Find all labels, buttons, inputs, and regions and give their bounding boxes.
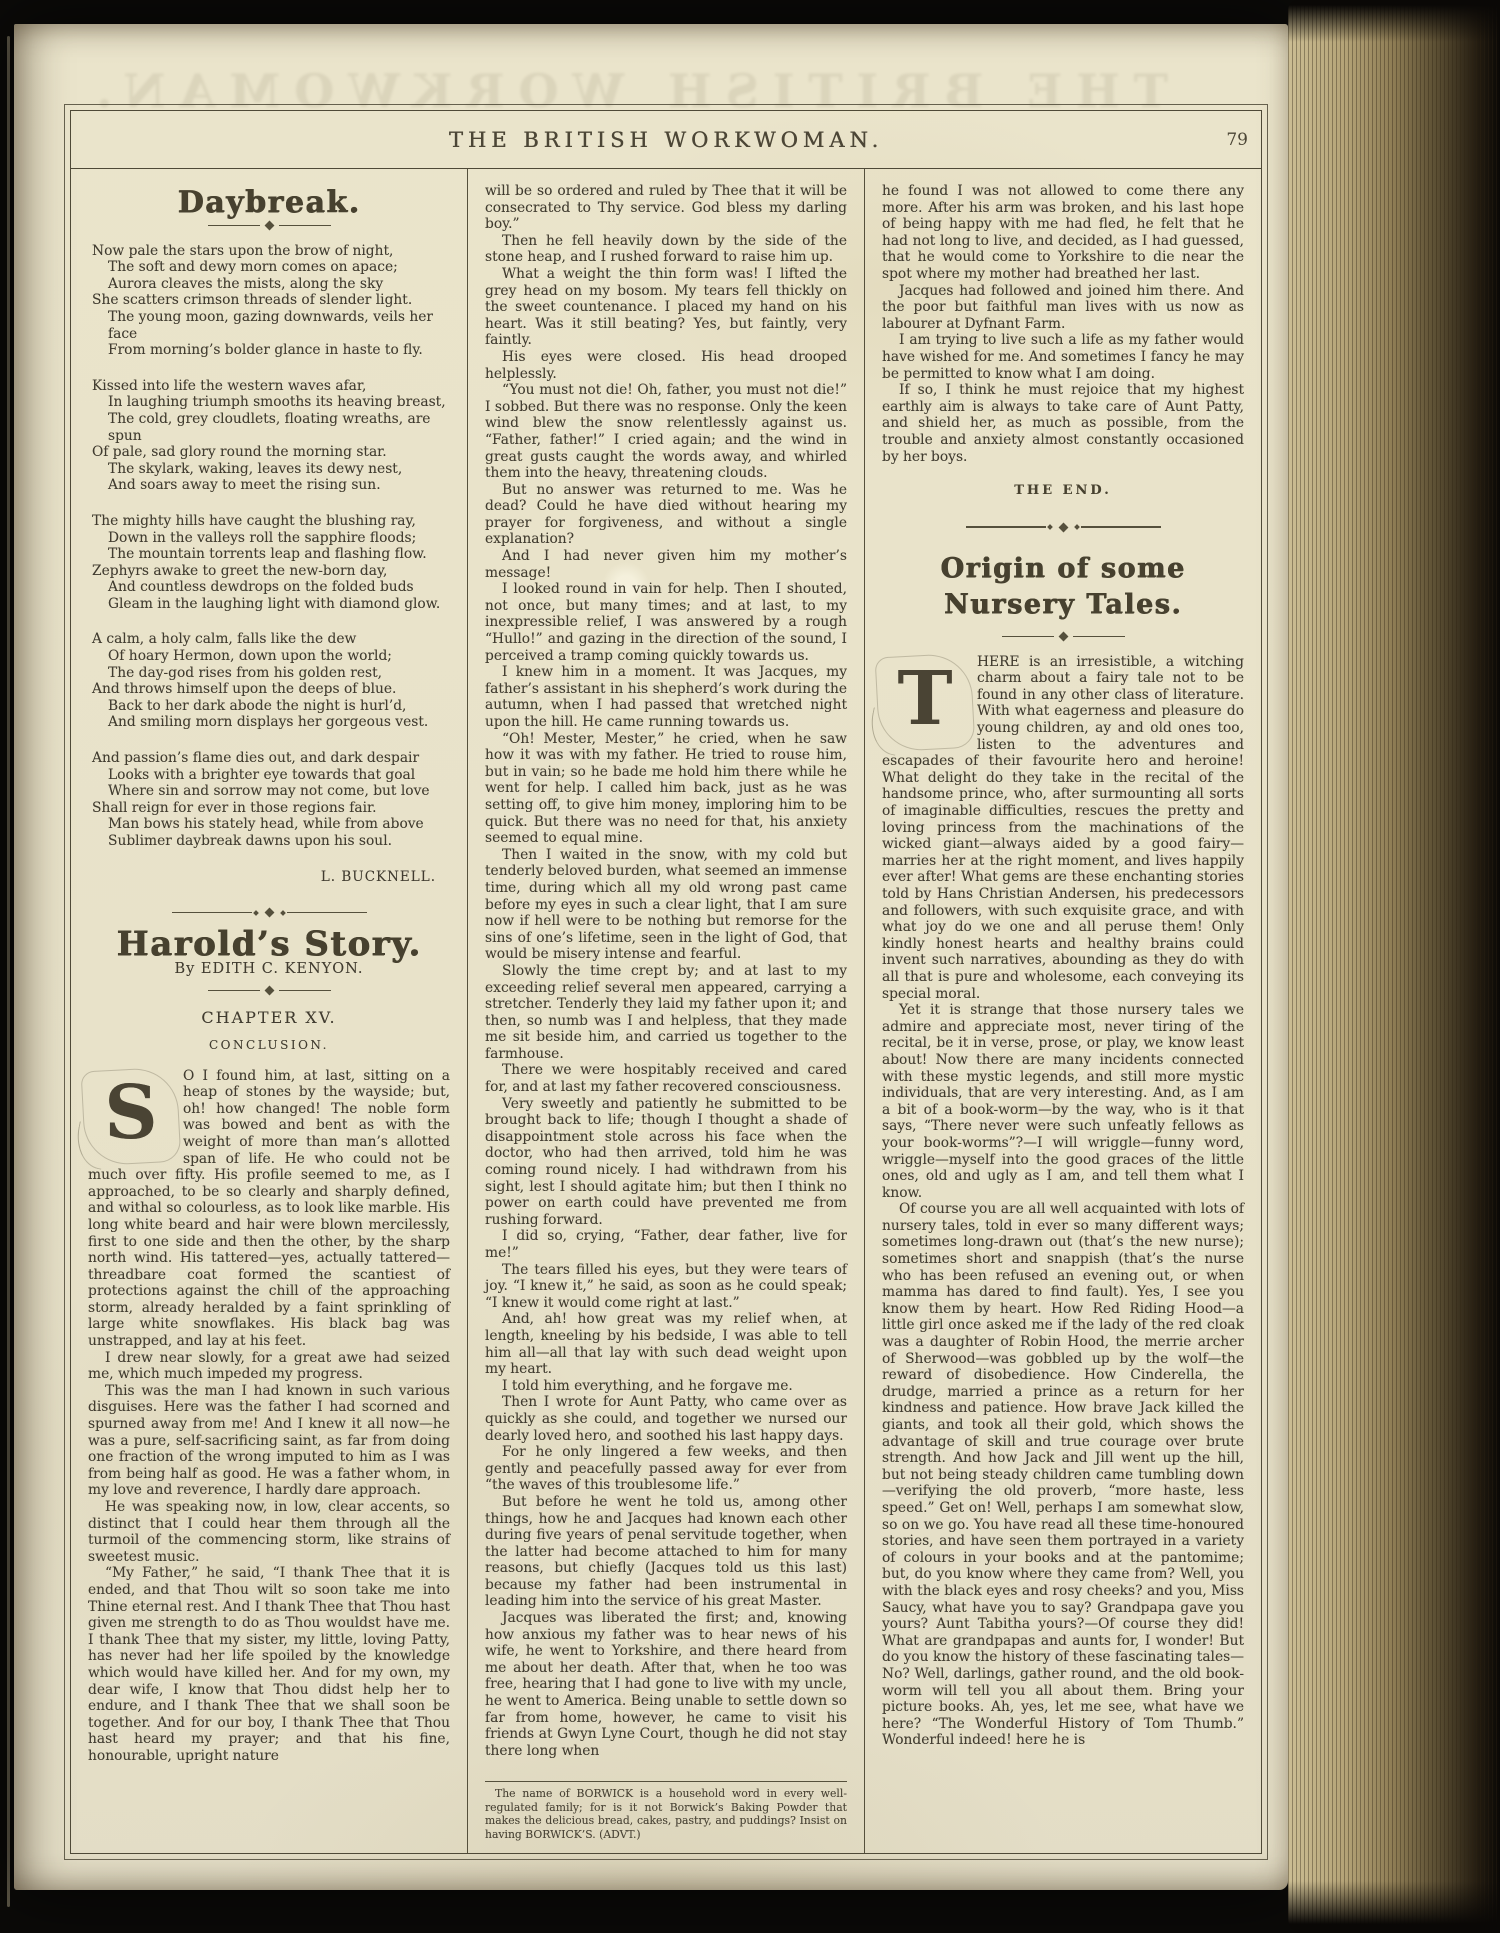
column-left: Daybreak. Now pale the stars upon the br… [71,169,467,1853]
poem-stanza: Now pale the stars upon the brow of nigh… [92,243,450,359]
poem: Now pale the stars upon the brow of nigh… [92,243,450,850]
column-middle: will be so ordered and ruled by Thee tha… [467,169,864,1853]
paragraph: “Oh! Mester, Mester,” he cried, when he … [485,731,847,847]
poem-stanza: And passion’s flame dies out, and dark d… [92,750,450,850]
paragraph: he found I was not allowed to come there… [882,183,1244,283]
poem-line: Where sin and sorrow may not come, but l… [92,783,450,800]
poem-line: She scatters crimson threads of slender … [92,292,450,309]
column-right: he found I was not allowed to come there… [864,169,1261,1853]
poem-line: A calm, a holy calm, falls like the dew [92,631,450,648]
poem-line: The soft and dewy morn comes on apace; [92,259,450,276]
book-page: THE BRITISH WORKWOMAN. THE BRITISH WORKW… [14,24,1288,1890]
paragraph: If so, I think he must rejoice that my h… [882,382,1244,465]
article-paragraphs: Yet it is strange that those nursery tal… [882,1002,1244,1749]
chapter-heading: CHAPTER XV. [88,1010,450,1027]
poem-title: Daybreak. [88,195,450,212]
paragraph: I am trying to live such a life as my fa… [882,332,1244,382]
article-title: Origin of some Nursery Tales. [892,551,1234,623]
paragraph: He was speaking now, in low, clear accen… [88,1499,450,1565]
poem-line: Zephyrs awake to greet the new-born day, [92,563,450,580]
columns: Daybreak. Now pale the stars upon the br… [71,169,1261,1853]
advert-footnote: The name of BORWICK is a household word … [485,1781,847,1841]
page-number: 79 [1226,130,1248,150]
poem-line: The skylark, waking, leaves its dewy nes… [92,461,450,478]
poem-line: From morning’s bolder glance in haste to… [92,342,450,359]
poem-line: The mountain torrents leap and flashing … [92,546,450,563]
poem-line: Man bows his stately head, while from ab… [92,816,450,833]
poem-signature: L. BUCKNELL. [88,869,450,886]
poem-line: In laughing triumph smooths its heaving … [92,394,450,411]
paragraph: Yet it is strange that those nursery tal… [882,1002,1244,1201]
poem-line: Shall reign for ever in those regions fa… [92,800,450,817]
paragraph: For he only lingered a few weeks, and th… [485,1444,847,1494]
divider-ornament [88,987,450,994]
story-paragraphs: I drew near slowly, for a great awe had … [88,1350,450,1765]
drop-cap-initial: T [882,658,968,746]
paragraph: There we were hospitably received and ca… [485,1062,847,1095]
poem-line: And passion’s flame dies out, and dark d… [92,750,450,767]
paragraph: Slowly the time crept by; and at last to… [485,963,847,1063]
poem-line: The day-god rises from his golden rest, [92,665,450,682]
divider-ornament [882,633,1244,640]
paragraph: The tears filled his eyes, but they were… [485,1262,847,1312]
paragraph: Then he fell heavily down by the side of… [485,233,847,266]
paragraph: And I had never given him my mother’s me… [485,548,847,581]
under-page-edge [7,36,10,1907]
poem-stanza: A calm, a holy calm, falls like the dewO… [92,631,450,731]
poem-stanza: Kissed into life the western waves afar,… [92,378,450,494]
publication-title: THE BRITISH WORKWOMAN. [71,128,1261,152]
poem-line: Of hoary Hermon, down upon the world; [92,648,450,665]
paragraph: will be so ordered and ruled by Thee tha… [485,183,847,233]
paragraph: His eyes were closed. His head drooped h… [485,349,847,382]
story-paragraphs: he found I was not allowed to come there… [882,183,1244,465]
poem-line: The mighty hills have caught the blushin… [92,513,450,530]
paragraph: I told him everything, and he forgave me… [485,1378,847,1395]
poem-line: And throws himself upon the deeps of blu… [92,681,450,698]
paragraph: “You must not die! Oh, father, you must … [485,382,847,482]
poem-line: And soars away to meet the rising sun. [92,477,450,494]
paragraph: SO I found him, at last, sitting on a he… [88,1068,450,1350]
poem-line: Now pale the stars upon the brow of nigh… [92,243,450,260]
divider-ornament [882,524,1244,531]
paragraph: And, ah! how great was my relief when, a… [485,1311,847,1377]
paragraph: “My Father,” he said, “I thank Thee that… [88,1565,450,1764]
story-paragraphs: will be so ordered and ruled by Thee tha… [485,183,847,1759]
poem-line: And smiling morn displays her gorgeous v… [92,714,450,731]
paragraph: Jacques was liberated the first; and, kn… [485,1610,847,1759]
drop-cap-initial: S [88,1072,174,1160]
book-fore-edge [1288,0,1500,1933]
poem-line: Of pale, sad glory round the morning sta… [92,444,450,461]
paragraph: I did so, crying, “Father, dear father, … [485,1228,847,1261]
paragraph: Then I wrote for Aunt Patty, who came ov… [485,1394,847,1444]
paragraph: Jacques had followed and joined him ther… [882,283,1244,333]
poem-line: Aurora cleaves the mists, along the sky [92,276,450,293]
poem-stanza: The mighty hills have caught the blushin… [92,513,450,613]
paragraph: Of course you are all well acquainted wi… [882,1201,1244,1749]
poem-line: Back to her dark abode the night is hurl… [92,698,450,715]
section-heading: CONCLUSION. [88,1037,450,1054]
the-end-label: THE END. [882,483,1244,500]
poem-line: Sublimer daybreak dawns upon his soul. [92,833,450,850]
poem-line: The cold, grey cloudlets, floating wreat… [92,411,450,444]
poem-line: Down in the valleys roll the sapphire fl… [92,530,450,547]
poem-line: And countless dewdrops on the folded bud… [92,579,450,596]
paragraph: What a weight the thin form was! I lifte… [485,266,847,349]
paragraph: Very sweetly and patiently he submitted … [485,1096,847,1229]
paragraph: THERE is an irresistible, a witching cha… [882,654,1244,1002]
paragraph: I knew him in a moment. It was Jacques, … [485,664,847,730]
poem-line: Looks with a brighter eye towards that g… [92,767,450,784]
page-frame: THE BRITISH WORKWOMAN. 79 Daybreak. Now … [70,110,1262,1854]
divider-ornament [88,909,450,916]
paragraph: But no answer was returned to me. Was he… [485,482,847,548]
paragraph: This was the man I had known in such var… [88,1383,450,1499]
page-header: THE BRITISH WORKWOMAN. 79 [71,111,1261,169]
poem-line: Kissed into life the western waves afar, [92,378,450,395]
story-title: Harold’s Story. [88,936,450,953]
poem-line: The young moon, gazing downwards, veils … [92,309,450,342]
paragraph: I looked round in vain for help. Then I … [485,581,847,664]
paragraph: But before he went he told us, among oth… [485,1494,847,1610]
poem-line: Gleam in the laughing light with diamond… [92,596,450,613]
divider-ornament [88,222,450,229]
paragraph: Then I waited in the snow, with my cold … [485,847,847,963]
paragraph: I drew near slowly, for a great awe had … [88,1350,450,1383]
